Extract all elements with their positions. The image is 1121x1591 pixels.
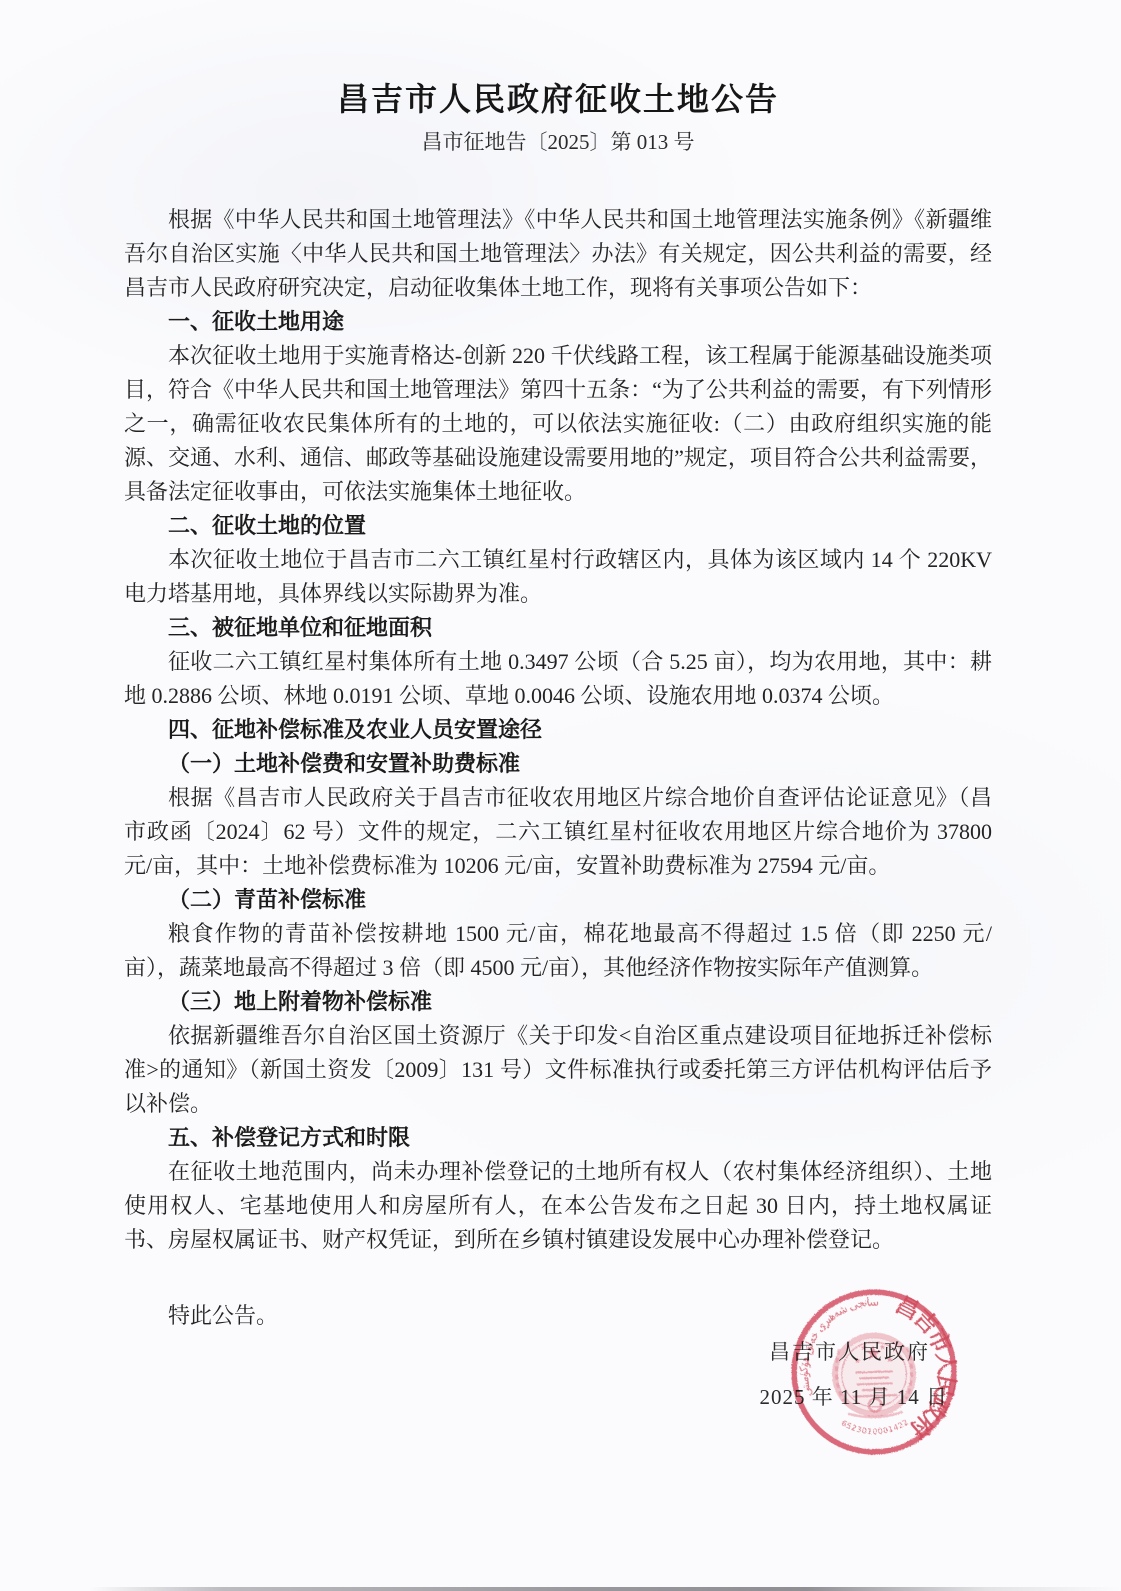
section-3-heading: 三、被征地单位和征地面积 bbox=[124, 611, 992, 645]
official-seal: 昌吉市人民政府 سانجى شەھىرى خەلق ھۆكۈمىتى 65230… bbox=[789, 1287, 959, 1457]
page-title: 昌吉市人民政府征收土地公告 bbox=[124, 80, 992, 118]
section-4-2-heading: （二）青苗补偿标准 bbox=[124, 883, 992, 917]
section-5-body: 在征收土地范围内，尚未办理补偿登记的土地所有权人（农村集体经济组织）、土地使用权… bbox=[124, 1155, 992, 1257]
section-2-body: 本次征收土地位于昌吉市二六工镇红星村行政辖区内，具体为该区域内 14 个 220… bbox=[124, 543, 992, 611]
intro-paragraph: 根据《中华人民共和国土地管理法》《中华人民共和国土地管理法实施条例》《新疆维吾尔… bbox=[124, 203, 992, 305]
section-4-heading: 四、征地补偿标准及农业人员安置途径 bbox=[124, 713, 992, 747]
document-number: 昌市征地告〔2025〕第 013 号 bbox=[124, 127, 992, 157]
section-4-1-heading: （一）土地补偿费和安置补助费标准 bbox=[124, 747, 992, 781]
section-4-1-body: 根据《昌吉市人民政府关于昌吉市征收农用地区片综合地价自查评估论证意见》（昌市政函… bbox=[124, 781, 992, 883]
scanned-document-page: 昌吉市人民政府征收土地公告 昌市征地告〔2025〕第 013 号 根据《中华人民… bbox=[0, 0, 1121, 1591]
section-5-heading: 五、补偿登记方式和时限 bbox=[124, 1121, 992, 1155]
section-4-2-body: 粮食作物的青苗补偿按耕地 1500 元/亩，棉花地最高不得超过 1.5 倍（即 … bbox=[124, 917, 992, 985]
section-4-3-body: 依据新疆维吾尔自治区国土资源厅《关于印发<自治区重点建设项目征地拆迁补偿标准>的… bbox=[124, 1019, 992, 1121]
section-3-body: 征收二六工镇红星村集体所有土地 0.3497 公顷（合 5.25 亩），均为农用… bbox=[124, 645, 992, 713]
section-4-3-heading: （三）地上附着物补偿标准 bbox=[124, 985, 992, 1019]
section-1-body: 本次征收土地用于实施青格达-创新 220 千伏线路工程，该工程属于能源基础设施类… bbox=[124, 339, 992, 509]
national-emblem-icon bbox=[834, 1334, 915, 1418]
section-1-heading: 一、征收土地用途 bbox=[124, 305, 992, 339]
seal-code-text: 6523010001422 bbox=[840, 1416, 912, 1437]
document-body: 昌吉市人民政府征收土地公告 昌市征地告〔2025〕第 013 号 根据《中华人民… bbox=[124, 80, 992, 1333]
section-2-heading: 二、征收土地的位置 bbox=[124, 509, 992, 543]
svg-text:6523010001422: 6523010001422 bbox=[840, 1416, 912, 1437]
scan-bottom-edge bbox=[0, 1587, 1121, 1591]
